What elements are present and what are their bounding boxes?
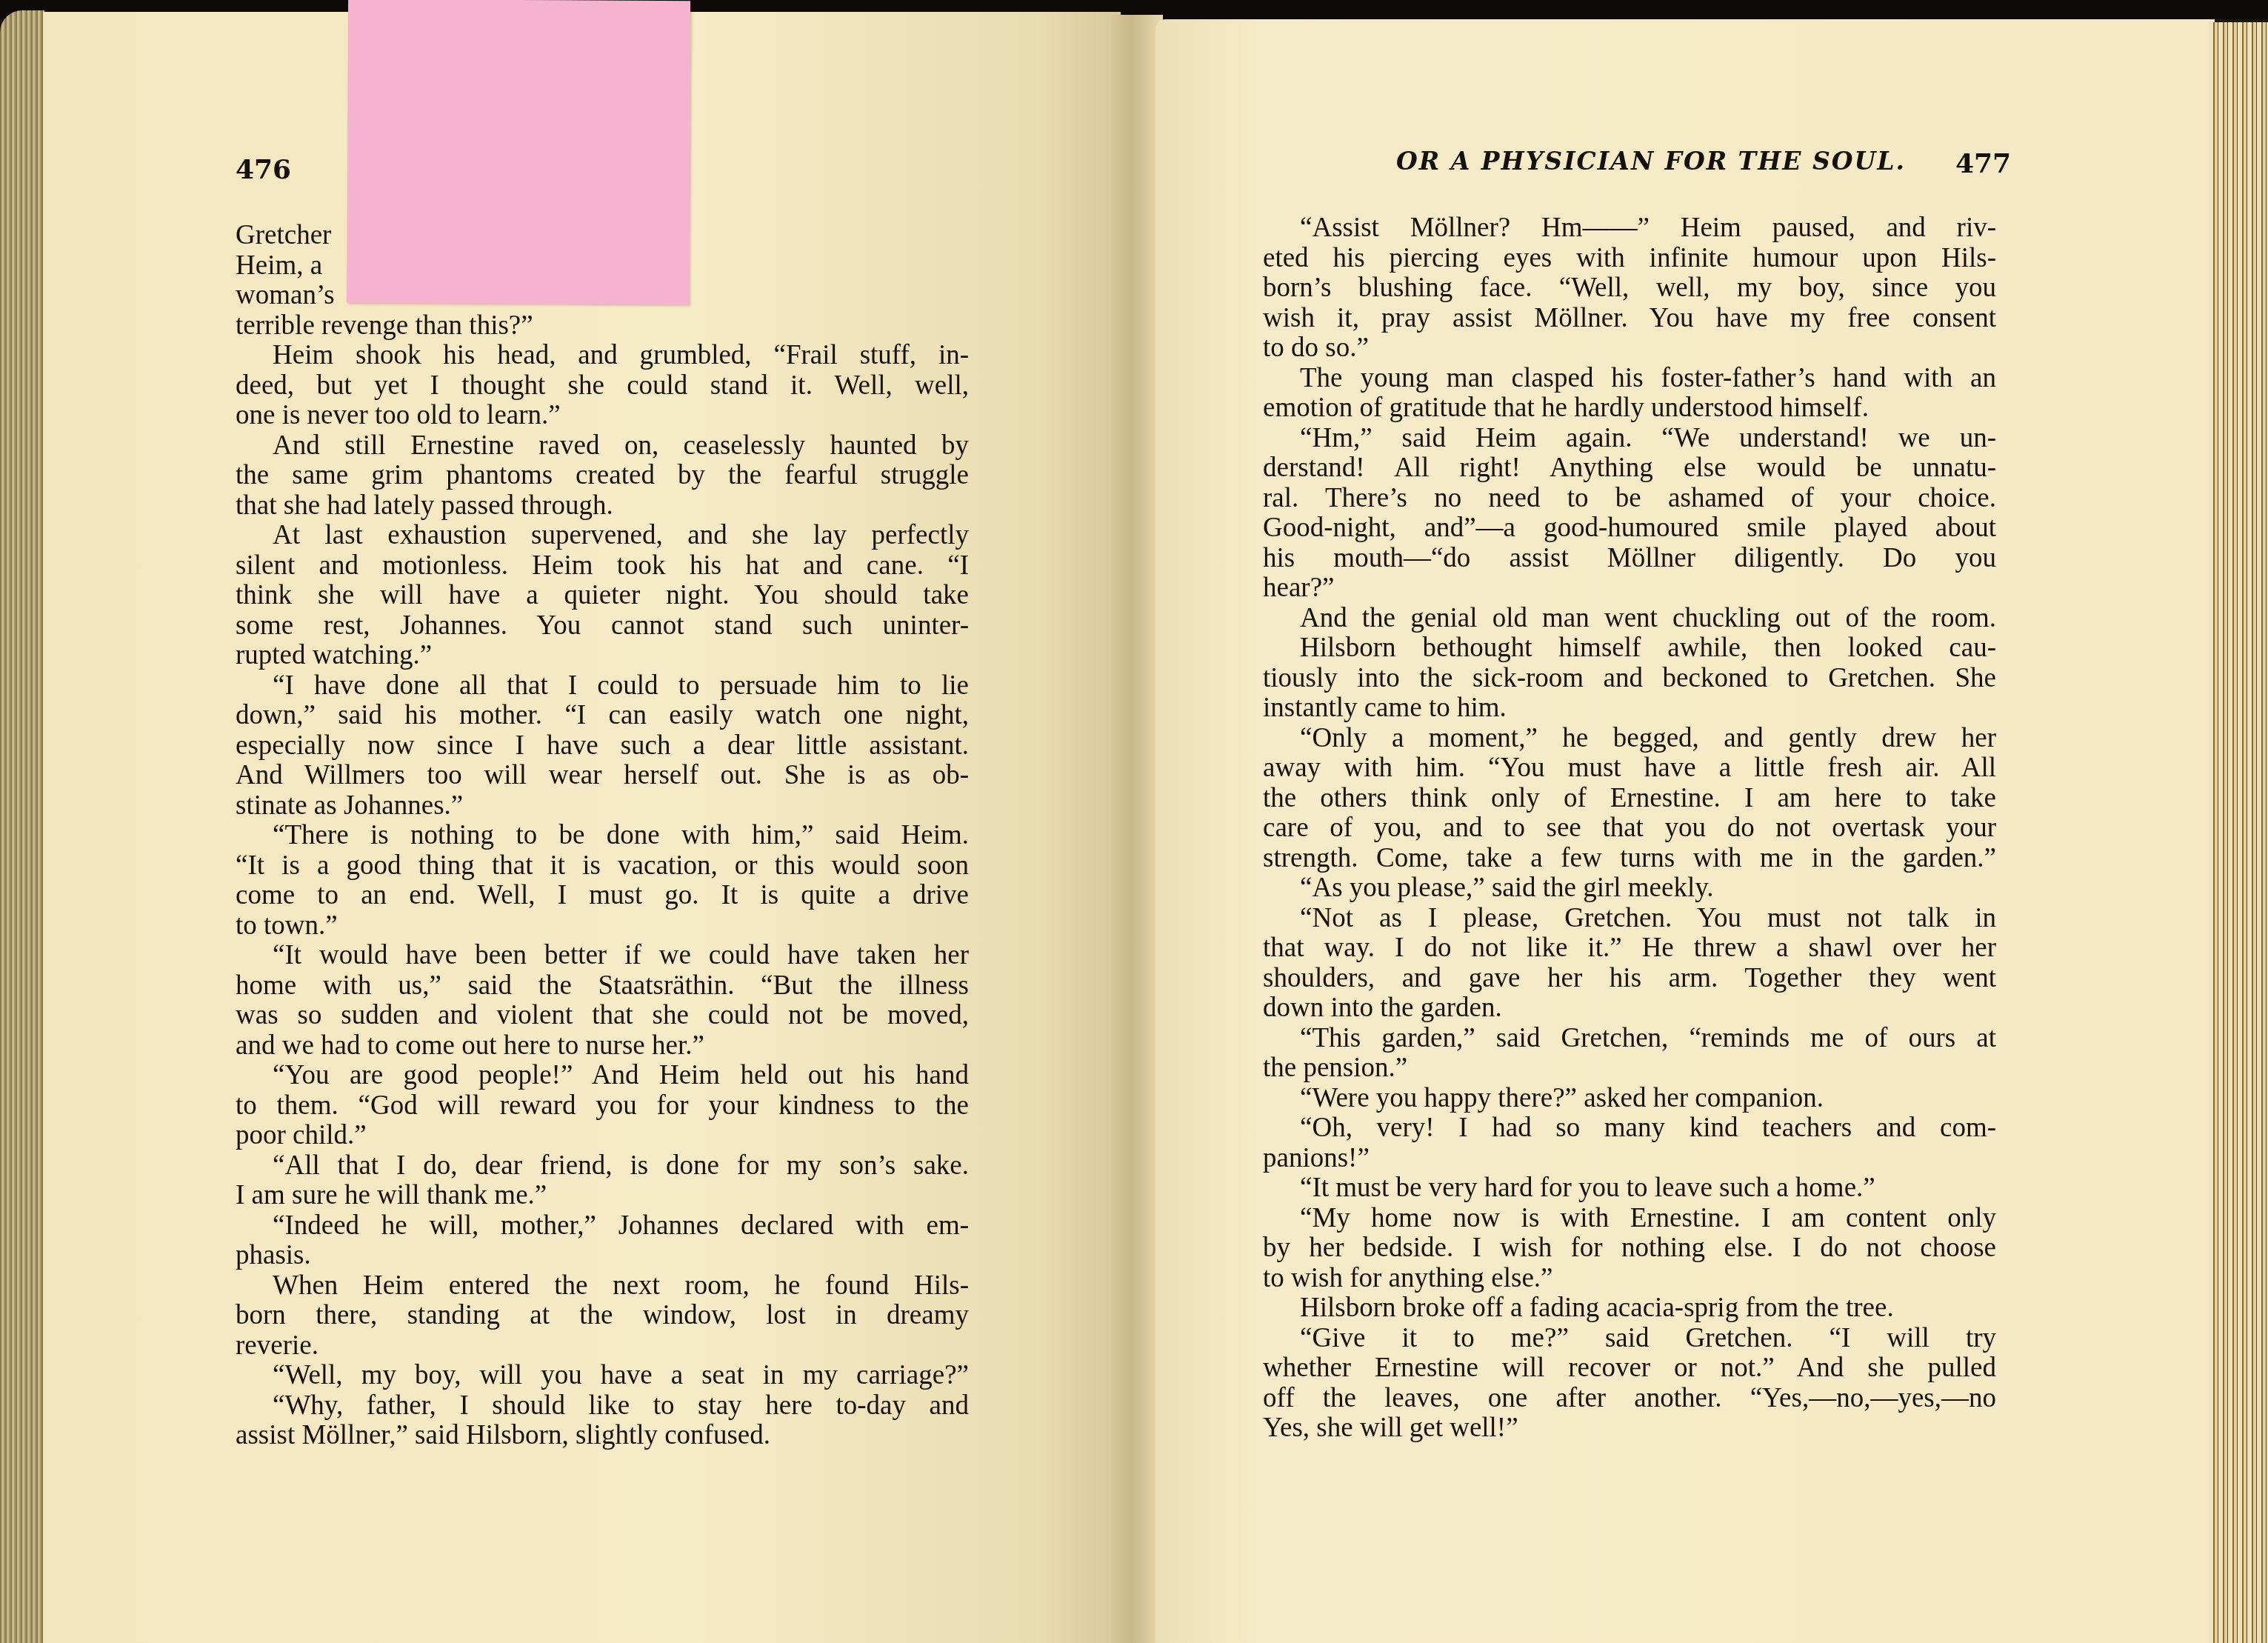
text-line: “Why, father, I should like to stay here… — [236, 1391, 969, 1422]
text-line: “Not as I please, Gretchen. You must not… — [1263, 904, 1996, 934]
text-line: And Willmers too will wear herself out. … — [236, 761, 969, 791]
text-line: silent and motionless. Heim took his hat… — [236, 551, 969, 581]
text-line: ral. There’s no need to be ashamed of yo… — [1263, 484, 1996, 514]
text-line: whether Ernestine will recover or not.” … — [1263, 1353, 1996, 1384]
text-line: phasis. — [236, 1241, 969, 1271]
right-page-edges — [2209, 22, 2268, 1643]
left-page-number: 476 — [236, 154, 291, 185]
text-line: one is never too old to learn.” — [236, 401, 969, 431]
text-line: Hilsborn bethought himself awhile, then … — [1263, 633, 1996, 664]
text-line: to wish for anything else.” — [1263, 1264, 1996, 1294]
text-line: was so sudden and violent that she could… — [236, 1001, 969, 1031]
text-line: “I have done all that I could to persuad… — [236, 671, 969, 701]
text-line: away with him. “You must have a little f… — [1263, 753, 1996, 784]
text-line: “It must be very hard for you to leave s… — [1263, 1173, 1996, 1204]
text-line: “It would have been better if we could h… — [236, 941, 969, 971]
text-line: eted his piercing eyes with infinite hum… — [1263, 244, 1996, 274]
text-line: “Indeed he will, mother,” Johannes decla… — [236, 1211, 969, 1242]
right-page-text: “Assist Möllner? Hm——” Heim paused, and … — [1263, 213, 1996, 1444]
text-line: panions!” — [1263, 1144, 1996, 1174]
text-line: “It is a good thing that it is vacation,… — [236, 851, 969, 882]
text-line: tiously into the sick-room and beckoned … — [1263, 664, 1996, 694]
text-line: “Assist Möllner? Hm——” Heim paused, and … — [1263, 213, 1996, 244]
text-line: At last exhaustion supervened, and she l… — [236, 521, 969, 551]
text-line: “Only a moment,” he begged, and gently d… — [1263, 724, 1996, 754]
text-line: care of you, and to see that you do not … — [1263, 813, 1996, 844]
text-line: to do so.” — [1263, 333, 1996, 364]
text-line: to them. “God will reward you for your k… — [236, 1091, 969, 1122]
text-line: reverie. — [236, 1331, 969, 1362]
text-line: down into the garden. — [1263, 993, 1996, 1024]
text-line: the others think only of Ernestine. I am… — [1263, 784, 1996, 814]
text-line: deed, but yet I thought she could stand … — [236, 371, 969, 401]
text-line: “Were you happy there?” asked her compan… — [1263, 1084, 1996, 1114]
pink-sticky-note — [347, 0, 690, 304]
text-line: home with us,” said the Staatsräthin. “B… — [236, 971, 969, 1002]
text-line: stinate as Johannes.” — [236, 791, 969, 821]
text-line: by her bedside. I wish for nothing else.… — [1263, 1233, 1996, 1264]
text-line: that way. I do not like it.” He threw a … — [1263, 933, 1996, 964]
text-line: “As you please,” said the girl meekly. — [1263, 873, 1996, 904]
text-line: “All that I do, dear friend, is done for… — [236, 1151, 969, 1182]
text-line: When Heim entered the next room, he foun… — [236, 1271, 969, 1302]
text-line: rupted watching.” — [236, 641, 969, 671]
text-line: strength. Come, take a few turns with me… — [1263, 844, 1996, 874]
text-line: Yes, she will get well!” — [1263, 1413, 1996, 1444]
left-page-edges — [0, 10, 44, 1643]
text-line: come to an end. Well, I must go. It is q… — [236, 881, 969, 911]
text-line: I am sure he will thank me.” — [236, 1181, 969, 1211]
text-line: And still Ernestine raved on, ceaselessl… — [236, 431, 969, 461]
text-line: poor child.” — [236, 1121, 969, 1151]
text-line: derstand! All right! Anything else would… — [1263, 453, 1996, 484]
text-line: born there, standing at the window, lost… — [236, 1301, 969, 1331]
text-line: assist Möllner,” said Hilsborn, slightly… — [236, 1421, 969, 1451]
text-line: born’s blushing face. “Well, well, my bo… — [1263, 273, 1996, 304]
text-line: The young man clasped his foster-father’… — [1263, 364, 1996, 394]
text-line: instantly came to him. — [1263, 693, 1996, 724]
text-line: the pension.” — [1263, 1053, 1996, 1084]
text-line: wish it, pray assist Möllner. You have m… — [1263, 304, 1996, 334]
text-line: “Oh, very! I had so many kind teachers a… — [1263, 1113, 1996, 1144]
text-line: the same grim phantoms created by the fe… — [236, 461, 969, 491]
text-line: “This garden,” said Gretchen, “reminds m… — [1263, 1024, 1996, 1054]
text-line: Heim shook his head, and grumbled, “Frai… — [236, 341, 969, 371]
text-line: terrible revenge than this?” — [236, 311, 969, 341]
left-page-text: GretcherHeim, awoman’sterrible revenge t… — [236, 221, 969, 1451]
text-line: Good-night, and”—a good-humoured smile p… — [1263, 513, 1996, 544]
text-line: hear?” — [1263, 573, 1996, 604]
text-line: think she will have a quieter night. You… — [236, 581, 969, 611]
right-page-number: 477 — [1955, 148, 2011, 179]
text-line: Hilsborn broke off a fading acacia-sprig… — [1263, 1293, 1996, 1324]
text-line: down,” said his mother. “I can easily wa… — [236, 701, 969, 731]
text-line: especially now since I have such a dear … — [236, 731, 969, 761]
text-line: off the leaves, one after another. “Yes,… — [1263, 1384, 1996, 1414]
running-head: OR A PHYSICIAN FOR THE SOUL. — [1396, 147, 1906, 176]
text-line: and we had to come out here to nurse her… — [236, 1031, 969, 1062]
text-line: “There is nothing to be done with him,” … — [236, 821, 969, 851]
text-line: his mouth—“do assist Möllner diligently.… — [1263, 544, 1996, 574]
text-line: shoulders, and gave her his arm. Togethe… — [1263, 964, 1996, 994]
text-line: And the genial old man went chuckling ou… — [1263, 604, 1996, 634]
text-line: “Hm,” said Heim again. “We understand! w… — [1263, 424, 1996, 454]
text-line: “Well, my boy, will you have a seat in m… — [236, 1361, 969, 1391]
text-line: “Give it to me?” said Gretchen. “I will … — [1263, 1324, 1996, 1354]
text-line: “My home now is with Ernestine. I am con… — [1263, 1204, 1996, 1234]
text-line: “You are good people!” And Heim held out… — [236, 1061, 969, 1091]
text-line: emotion of gratitude that he hardly unde… — [1263, 393, 1996, 424]
text-line: some rest, Johannes. You cannot stand su… — [236, 611, 969, 641]
text-line: that she had lately passed through. — [236, 491, 969, 521]
text-line: to town.” — [236, 911, 969, 942]
